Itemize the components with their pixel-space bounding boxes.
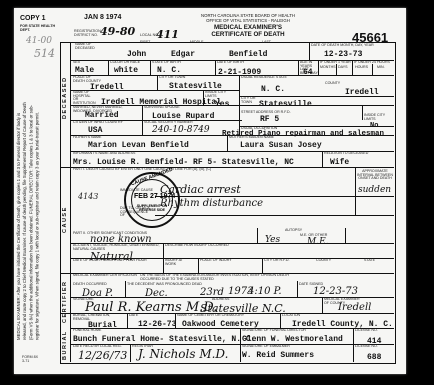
- injury-state-label: STATE: [364, 259, 375, 263]
- interval-label: APPROXIMATE INTERVAL BETWEEN ONSET AND D…: [357, 170, 393, 181]
- director-license-label: LICENSE NO.: [355, 329, 378, 333]
- divider: [262, 258, 263, 273]
- section-burial: BURIAL: [62, 330, 68, 360]
- copy-label: COPY 1: [20, 15, 46, 22]
- title-line-2: CERTIFICATE OF DEATH: [196, 32, 300, 39]
- residence-county-label: COUNTY: [325, 82, 340, 86]
- certification-title: MEDICAL EXAMINER CERTIFICATION: [73, 274, 137, 278]
- under-1-months: MONTHS: [320, 66, 336, 70]
- instructions-text: MEDICAL EXAMINER: After you have initiat…: [16, 100, 41, 340]
- sex: Male: [75, 67, 94, 75]
- divider: [227, 135, 228, 151]
- color-label: COLOR OR RACE: [110, 61, 140, 65]
- first-label: FIRST: [140, 41, 150, 45]
- street: RF 5: [260, 116, 279, 124]
- hospital-label: NAME OF HOSPITAL OR INSTITUTION: [73, 91, 95, 105]
- last-name: Benfield: [229, 51, 267, 59]
- residence-city-label: CITY OR TOWN: [241, 97, 257, 104]
- divider: [318, 60, 319, 75]
- injury-city-label: CITY OR R.F.D.: [264, 259, 290, 263]
- divider: [163, 243, 164, 258]
- director-label: SIGNATURE OF FUNERAL DIRECTOR: [242, 329, 306, 333]
- middle-label: MIDDLE: [190, 41, 204, 45]
- divider: [125, 281, 126, 297]
- section-certifier: CERTIFIER: [62, 283, 68, 323]
- state-of-birth: N. C.: [157, 67, 181, 75]
- date-of-death: 12-23-73: [324, 51, 362, 59]
- middle-name: Edgar: [171, 51, 195, 59]
- ssn: 240-10-8749: [152, 126, 210, 135]
- embalmer-license: 688: [367, 354, 381, 362]
- embalmer-license-label: LICENSE NO.: [355, 345, 378, 349]
- mother-label: MOTHER'S MAIDEN NAME: [229, 136, 274, 140]
- pencil-note-2: 514: [34, 47, 55, 60]
- divider: [155, 215, 394, 216]
- certification-statement: ON THE BASIS OF THE EXAMINATION AND/OR I…: [140, 274, 290, 281]
- immediate-interval: sudden: [358, 186, 391, 195]
- color: white: [114, 67, 138, 75]
- divider: [127, 313, 128, 328]
- form-number: FORM 8X 3-71: [22, 356, 42, 363]
- divider: [215, 60, 216, 75]
- under-24h-hours: HOURS: [355, 66, 368, 70]
- location-label: LOCATION: [282, 314, 300, 318]
- embalmer: W. Reid Summers: [242, 352, 314, 360]
- pronounced-hour: 4:10 P.: [248, 287, 282, 297]
- divider: [130, 344, 131, 362]
- city-label: CITY OR TOWN: [159, 76, 185, 80]
- injury-date-label: DATE OF INJURY MONTH DAY YEAR HOUR: [73, 259, 163, 263]
- instructions-panel: MEDICAL EXAMINER: After you have initiat…: [16, 100, 60, 340]
- first-name: John: [127, 51, 146, 59]
- burial-date-label: DATE: [129, 314, 138, 318]
- divider: [157, 75, 158, 90]
- under-1-days: DAYS: [338, 66, 348, 70]
- father: Marion Levan Benfield: [88, 142, 189, 150]
- residence-state-label: USUAL RESIDENCE STATE: [241, 76, 391, 80]
- agency-line-2: OFFICE OF VITAL STATISTICS - RALEIGH: [196, 19, 300, 24]
- stamp-bottom-text: SUPPLEMENT ON REVERSE SIDE: [134, 204, 170, 212]
- copy-for: FOR STATE HEALTH DEPT.: [20, 25, 60, 32]
- date-signed: 12-23-73: [313, 287, 358, 297]
- cemetery-label: NAME OF CEMETERY OR CREMATORY: [177, 314, 244, 318]
- divider: [298, 60, 299, 75]
- registration-label: REGISTRATION DISTRICT NO.: [74, 30, 100, 37]
- received-stamp: JAN 8 1974: [84, 14, 121, 21]
- registration-number: 49-80: [100, 26, 135, 37]
- date-of-death-label: DATE OF DEATH MONTH, DAY, YEAR: [311, 44, 374, 48]
- informant-label: INFORMANT'S NAME AND ADDRESS: [73, 152, 135, 156]
- part1-label: PART I. DEATH CAUSED BY ENTER ONLY ONE C…: [73, 168, 333, 172]
- divider: [239, 96, 394, 97]
- stamp-date: FEB 27 1974: [134, 193, 175, 200]
- relation: Wife: [330, 159, 349, 167]
- divider: [280, 313, 281, 328]
- divider: [108, 60, 109, 75]
- death-occurred-label: DEATH OCCURRED: [73, 283, 107, 287]
- divider: [257, 228, 258, 243]
- section-cause: CAUSE: [62, 180, 68, 260]
- divider: [175, 313, 176, 328]
- divider: [362, 105, 363, 120]
- funeral-home: Bunch Funeral Home- Statesville, N. C.: [73, 336, 255, 344]
- informant: Mrs. Louise R. Benfield- RF 5- Statesvil…: [73, 159, 294, 167]
- divider: [150, 60, 151, 75]
- divider: [70, 328, 394, 329]
- injury-place-label: PLACE OF INJURY: [200, 259, 260, 263]
- divider: [309, 42, 310, 60]
- divider: [203, 90, 204, 105]
- divider: [345, 228, 346, 243]
- under-24h-min: MIN.: [377, 66, 385, 70]
- citizen-label: CITIZEN OF WHAT COUNTRY: [73, 121, 123, 125]
- funeral-director: Glenn W. Westmoreland: [242, 336, 343, 344]
- name-label: NAME OF DECEASED: [75, 43, 93, 50]
- section-deceased: DECEASED: [62, 48, 68, 148]
- registrar-signature: J. Nichols M.D.: [138, 348, 228, 360]
- spouse-label: SURVIVING SPOUSE: [144, 106, 180, 110]
- divider: [322, 297, 323, 313]
- pronounced-label: THE DECEDENT WAS PRONOUNCED DEAD: [127, 283, 202, 287]
- injury-county-label: COUNTY: [316, 259, 331, 263]
- divider: [297, 281, 298, 297]
- local-number: 411: [156, 29, 179, 40]
- state-of-birth-label: STATE OF BIRTH: [152, 61, 181, 65]
- divider: [240, 328, 241, 362]
- residence-state: N. C.: [261, 86, 285, 94]
- cause-amended-stamp: CAUSE AMENDED FEB 27 1974 SUPPLEMENT ON …: [124, 172, 180, 228]
- divider: [353, 328, 354, 362]
- relation-label: RELATION TO DECEASED: [324, 152, 368, 156]
- describe-label: DESCRIBE HOW INJURY OCCURRED: [165, 244, 365, 248]
- divider: [372, 64, 373, 75]
- injury-work-label: INJURY AT WORK: [165, 259, 195, 266]
- examiner-county: Iredell: [338, 303, 371, 313]
- divider: [355, 167, 356, 215]
- inside-city-label: INSIDE CITY LIMITS: [205, 91, 235, 98]
- mother: Laura Susan Josey: [240, 142, 322, 150]
- residence-inside-label: INSIDE CITY LIMITS: [364, 114, 392, 121]
- marital-status: Married: [85, 112, 119, 120]
- embalmer-label: SIGNATURE OF EMBALMER: [242, 345, 290, 349]
- pencil-code: 4143: [78, 192, 98, 201]
- date-of-birth-label: DATE OF BIRTH: [217, 61, 244, 65]
- sex-label: SEX: [73, 61, 80, 65]
- registrar-date: 12/26/73: [78, 350, 127, 361]
- pencil-note-1: 41-00: [26, 36, 52, 46]
- father-label: FATHER'S NAME: [73, 136, 101, 140]
- divider: [163, 258, 164, 273]
- divider: [322, 151, 323, 167]
- funeral-home-label: FUNERAL HOME: [73, 329, 101, 333]
- divider: [155, 196, 394, 197]
- last-label: LAST: [262, 41, 271, 45]
- citizen: USA: [88, 127, 102, 135]
- divider: [336, 64, 337, 75]
- divider: [352, 60, 353, 75]
- divider: [198, 258, 199, 273]
